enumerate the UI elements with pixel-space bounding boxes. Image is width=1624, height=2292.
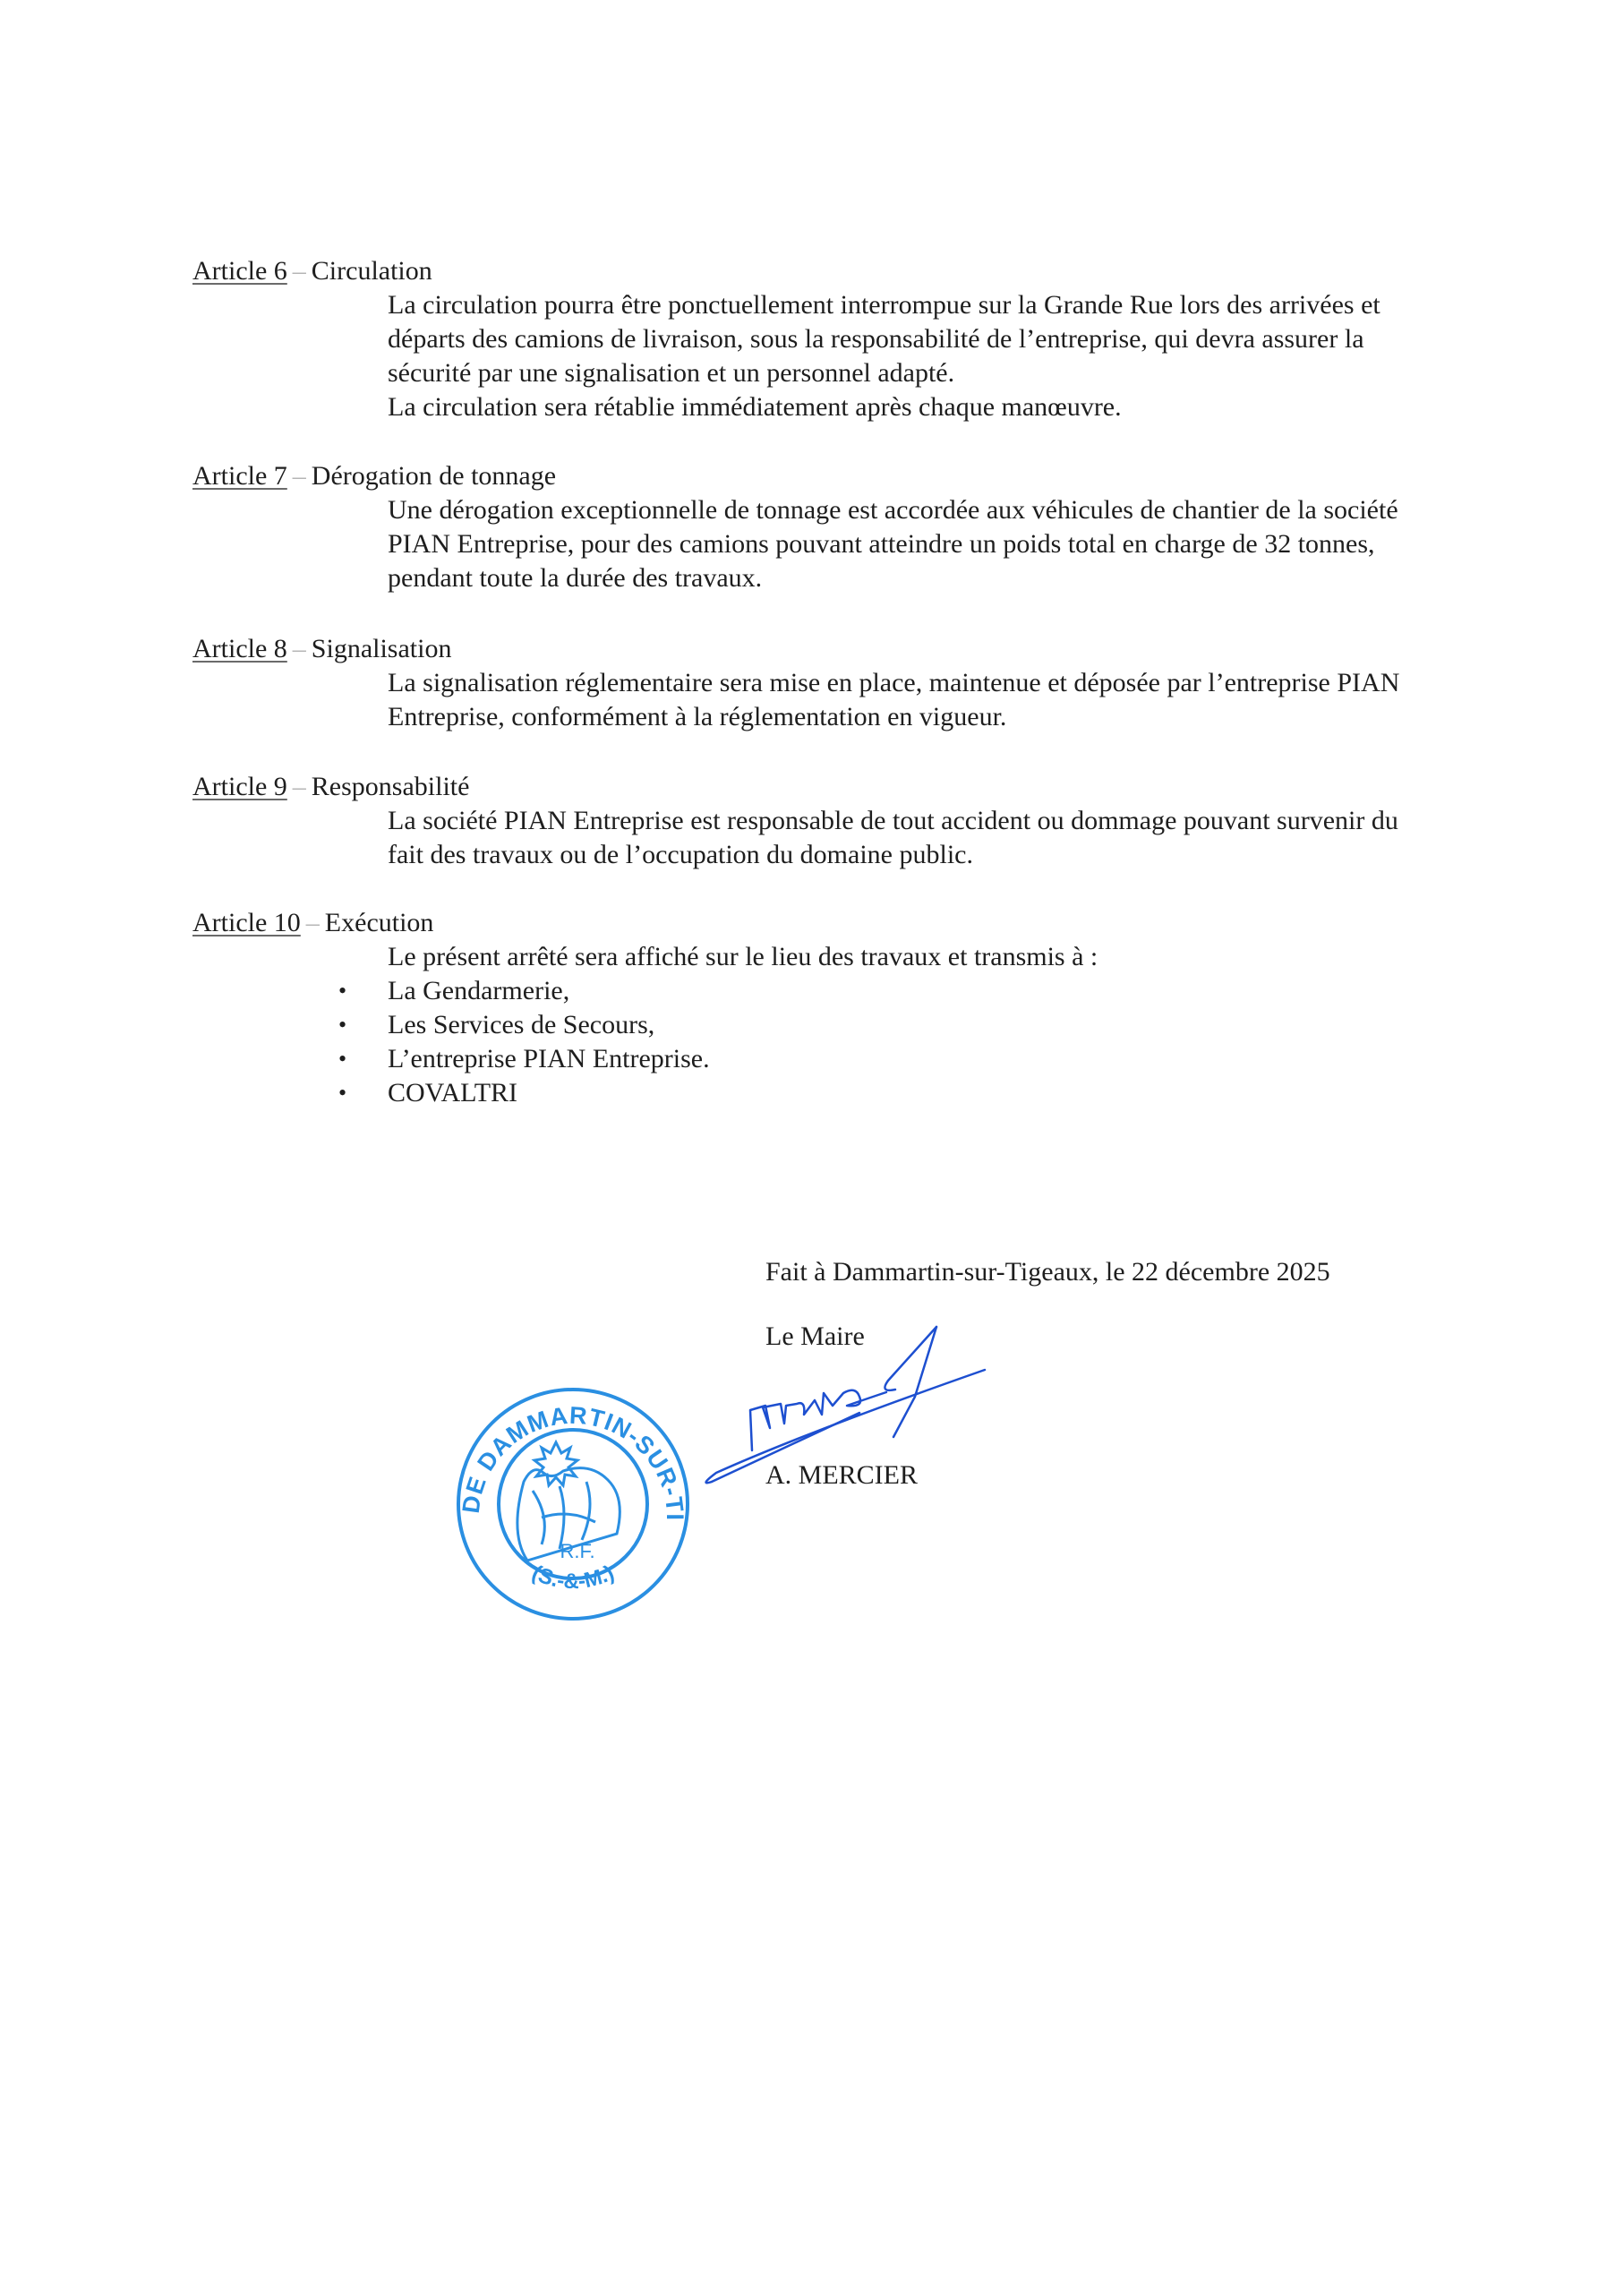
signature-mark (680, 1307, 1021, 1504)
article-title: Responsabilité (312, 772, 470, 801)
recipient: COVALTRI (388, 1078, 517, 1108)
article-body: La société PIAN Entreprise est responsab… (388, 804, 1426, 872)
article-6: Article 6–Circulation La circulation pou… (192, 254, 1446, 424)
article-number: Article 6 (192, 256, 287, 286)
document-page: Article 6–Circulation La circulation pou… (0, 0, 1624, 2292)
list-item: •La Gendarmerie, (192, 974, 1446, 1008)
list-item: •L’entreprise PIAN Entreprise. (192, 1042, 1446, 1076)
bullet-icon: • (338, 974, 346, 1008)
recipient: La Gendarmerie, (388, 976, 569, 1005)
recipients-list: •La Gendarmerie, •Les Services de Secour… (192, 974, 1446, 1110)
article-number: Article 10 (192, 908, 301, 937)
place-date: Fait à Dammartin-sur-Tigeaux, le 22 déce… (765, 1255, 1330, 1289)
article-heading: Article 6–Circulation (192, 254, 1446, 288)
article-paragraph: La circulation pourra être ponctuellemen… (388, 288, 1426, 390)
article-title: Circulation (312, 256, 432, 286)
article-body: Le présent arrêté sera affiché sur le li… (388, 940, 1426, 974)
article-heading: Article 9–Responsabilité (192, 770, 1446, 804)
recipient: L’entreprise PIAN Entreprise. (388, 1044, 710, 1073)
article-separator: – (293, 256, 306, 286)
svg-text:MAIRIE DE DAMMARTIN-SUR-TIGEAU: MAIRIE DE DAMMARTIN-SUR-TIGEAUX (452, 1383, 688, 1521)
article-number: Article 7 (192, 461, 287, 491)
article-paragraph: Une dérogation exceptionnelle de tonnage… (388, 493, 1426, 595)
article-8: Article 8–Signalisation La signalisation… (192, 632, 1446, 734)
article-paragraph: La signalisation réglementaire sera mise… (388, 666, 1426, 734)
article-paragraph: La société PIAN Entreprise est responsab… (388, 804, 1426, 872)
article-body: La circulation pourra être ponctuellemen… (388, 288, 1426, 424)
article-separator: – (306, 908, 320, 937)
article-title: Signalisation (312, 634, 452, 663)
article-separator: – (293, 461, 306, 491)
article-paragraph: La circulation sera rétablie immédiateme… (388, 390, 1426, 424)
article-heading: Article 10–Exécution (192, 906, 1446, 940)
svg-text:(S.-&-M.): (S.-&-M.) (528, 1561, 618, 1594)
svg-text:R.F.: R.F. (560, 1540, 594, 1562)
list-item: •Les Services de Secours, (192, 1008, 1446, 1042)
article-9: Article 9–Responsabilité La société PIAN… (192, 770, 1446, 872)
article-body: Une dérogation exceptionnelle de tonnage… (388, 493, 1426, 595)
article-separator: – (293, 772, 306, 801)
recipient: Les Services de Secours, (388, 1010, 654, 1039)
article-body: La signalisation réglementaire sera mise… (388, 666, 1426, 734)
list-item: •COVALTRI (192, 1076, 1446, 1110)
bullet-icon: • (338, 1076, 346, 1110)
article-heading: Article 8–Signalisation (192, 632, 1446, 666)
town-hall-seal-icon: MAIRIE DE DAMMARTIN-SUR-TIGEAUX (S.-&-M.… (452, 1383, 694, 1625)
article-number: Article 8 (192, 634, 287, 663)
article-title: Dérogation de tonnage (312, 461, 556, 491)
article-title: Exécution (325, 908, 434, 937)
article-heading: Article 7–Dérogation de tonnage (192, 459, 1446, 493)
bullet-icon: • (338, 1042, 346, 1076)
article-paragraph: Le présent arrêté sera affiché sur le li… (388, 940, 1426, 974)
article-number: Article 9 (192, 772, 287, 801)
article-10: Article 10–Exécution Le présent arrêté s… (192, 906, 1446, 1110)
article-7: Article 7–Dérogation de tonnage Une déro… (192, 459, 1446, 595)
bullet-icon: • (338, 1008, 346, 1042)
article-separator: – (293, 634, 306, 663)
